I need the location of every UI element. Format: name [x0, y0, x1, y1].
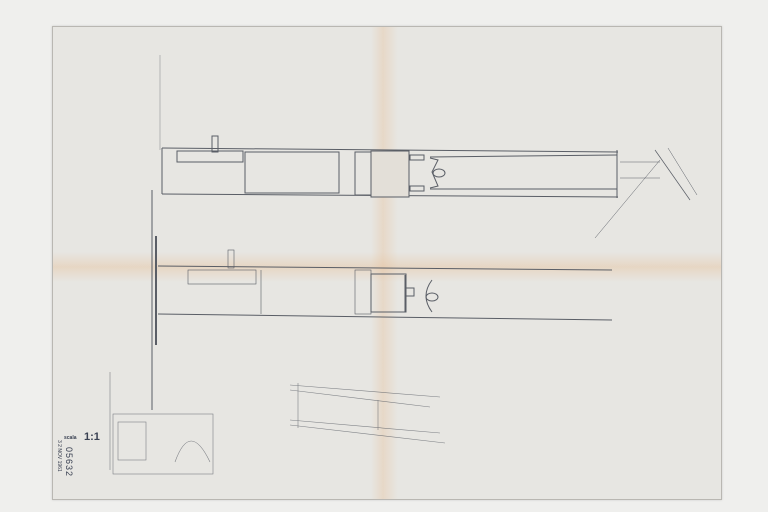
middle-plan [158, 250, 612, 320]
technical-drawing [0, 0, 768, 512]
scale-word: scala [64, 435, 77, 441]
top-plan [162, 136, 697, 238]
date-stamp: 3 2 NOV 1961 [56, 440, 62, 472]
lower-sketch [110, 372, 445, 474]
drawing-number: 05632 [64, 447, 74, 477]
scale-value: 1:1 [84, 431, 100, 443]
